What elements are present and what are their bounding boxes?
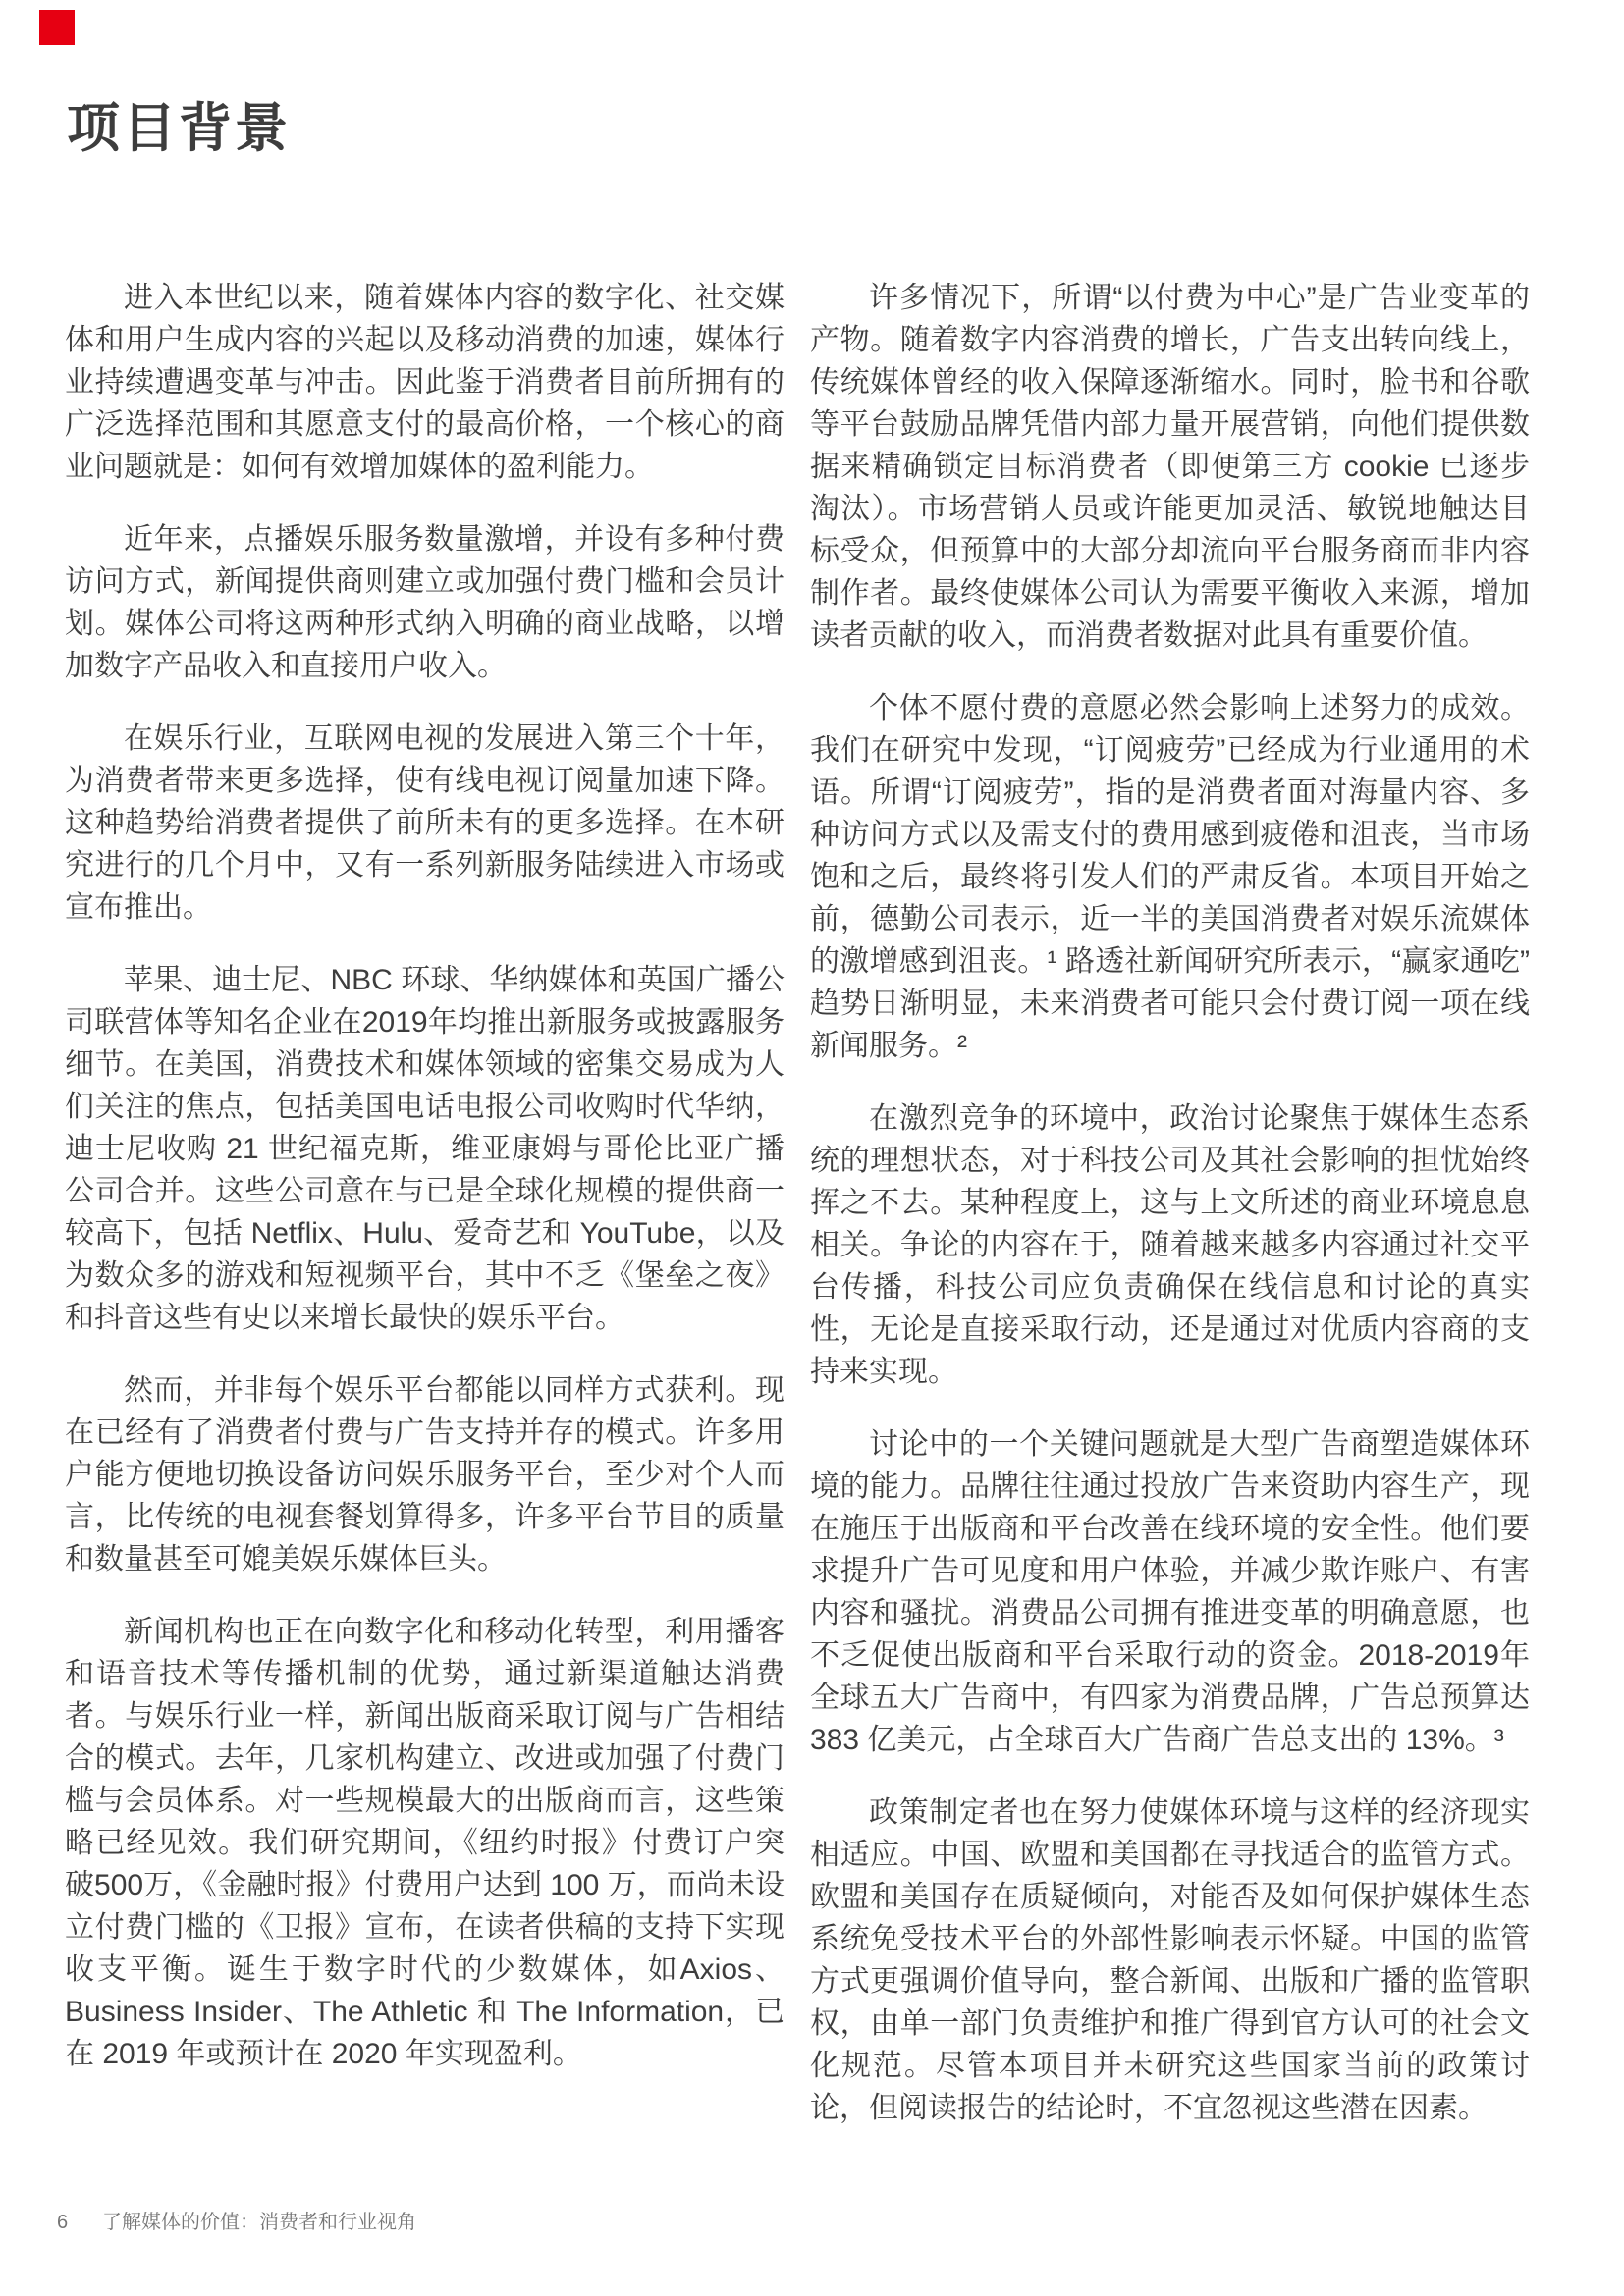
right-column: 许多情况下，所谓“以付费为中心”是广告业变革的产物。随着数字内容消费的增长，广告… (810, 277, 1530, 2129)
footer-title: 了解媒体的价值：消费者和行业视角 (102, 2212, 416, 2233)
paragraph: 在娱乐行业，互联网电视的发展进入第三个十年，为消费者带来更多选择，使有线电视订阅… (65, 718, 785, 929)
paragraph: 讨论中的一个关键问题就是大型广告商塑造媒体环境的能力。品牌往往通过投放广告来资助… (810, 1423, 1530, 1761)
page-number: 6 (57, 2209, 102, 2236)
left-column: 进入本世纪以来，随着媒体内容的数字化、社交媒体和用户生成内容的兴起以及移动消费的… (65, 277, 785, 2129)
paragraph: 在激烈竞争的环境中，政治讨论聚焦于媒体生态系统的理想状态，对于科技公司及其社会影… (810, 1097, 1530, 1393)
paragraph: 新闻机构也正在向数字化和移动化转型，利用播客和语音技术等传播机制的优势，通过新渠… (65, 1611, 785, 2075)
paragraph: 许多情况下，所谓“以付费为中心”是广告业变革的产物。随着数字内容消费的增长，广告… (810, 277, 1530, 657)
paragraph: 个体不愿付费的意愿必然会影响上述努力的成效。我们在研究中发现，“订阅疲劳”已经成… (810, 687, 1530, 1067)
page-footer: 6了解媒体的价值：消费者和行业视角 (57, 2209, 416, 2236)
page-title: 项目背景 (67, 96, 291, 161)
brand-logo-square (39, 10, 75, 45)
report-page: { "page": { "title": "项目背景", "brand_colo… (0, 0, 1624, 2296)
paragraph: 然而，并非每个娱乐平台都能以同样方式获利。现在已经有了消费者付费与广告支持并存的… (65, 1369, 785, 1580)
body-columns: 进入本世纪以来，随着媒体内容的数字化、社交媒体和用户生成内容的兴起以及移动消费的… (65, 277, 1530, 2129)
paragraph: 近年来，点播娱乐服务数量激增，并设有多种付费访问方式，新闻提供商则建立或加强付费… (65, 518, 785, 687)
paragraph: 政策制定者也在努力使媒体环境与这样的经济现实相适应。中国、欧盟和美国都在寻找适合… (810, 1791, 1530, 2129)
paragraph: 苹果、迪士尼、NBC 环球、华纳媒体和英国广播公司联营体等知名企业在2019年均… (65, 959, 785, 1339)
paragraph: 进入本世纪以来，随着媒体内容的数字化、社交媒体和用户生成内容的兴起以及移动消费的… (65, 277, 785, 488)
